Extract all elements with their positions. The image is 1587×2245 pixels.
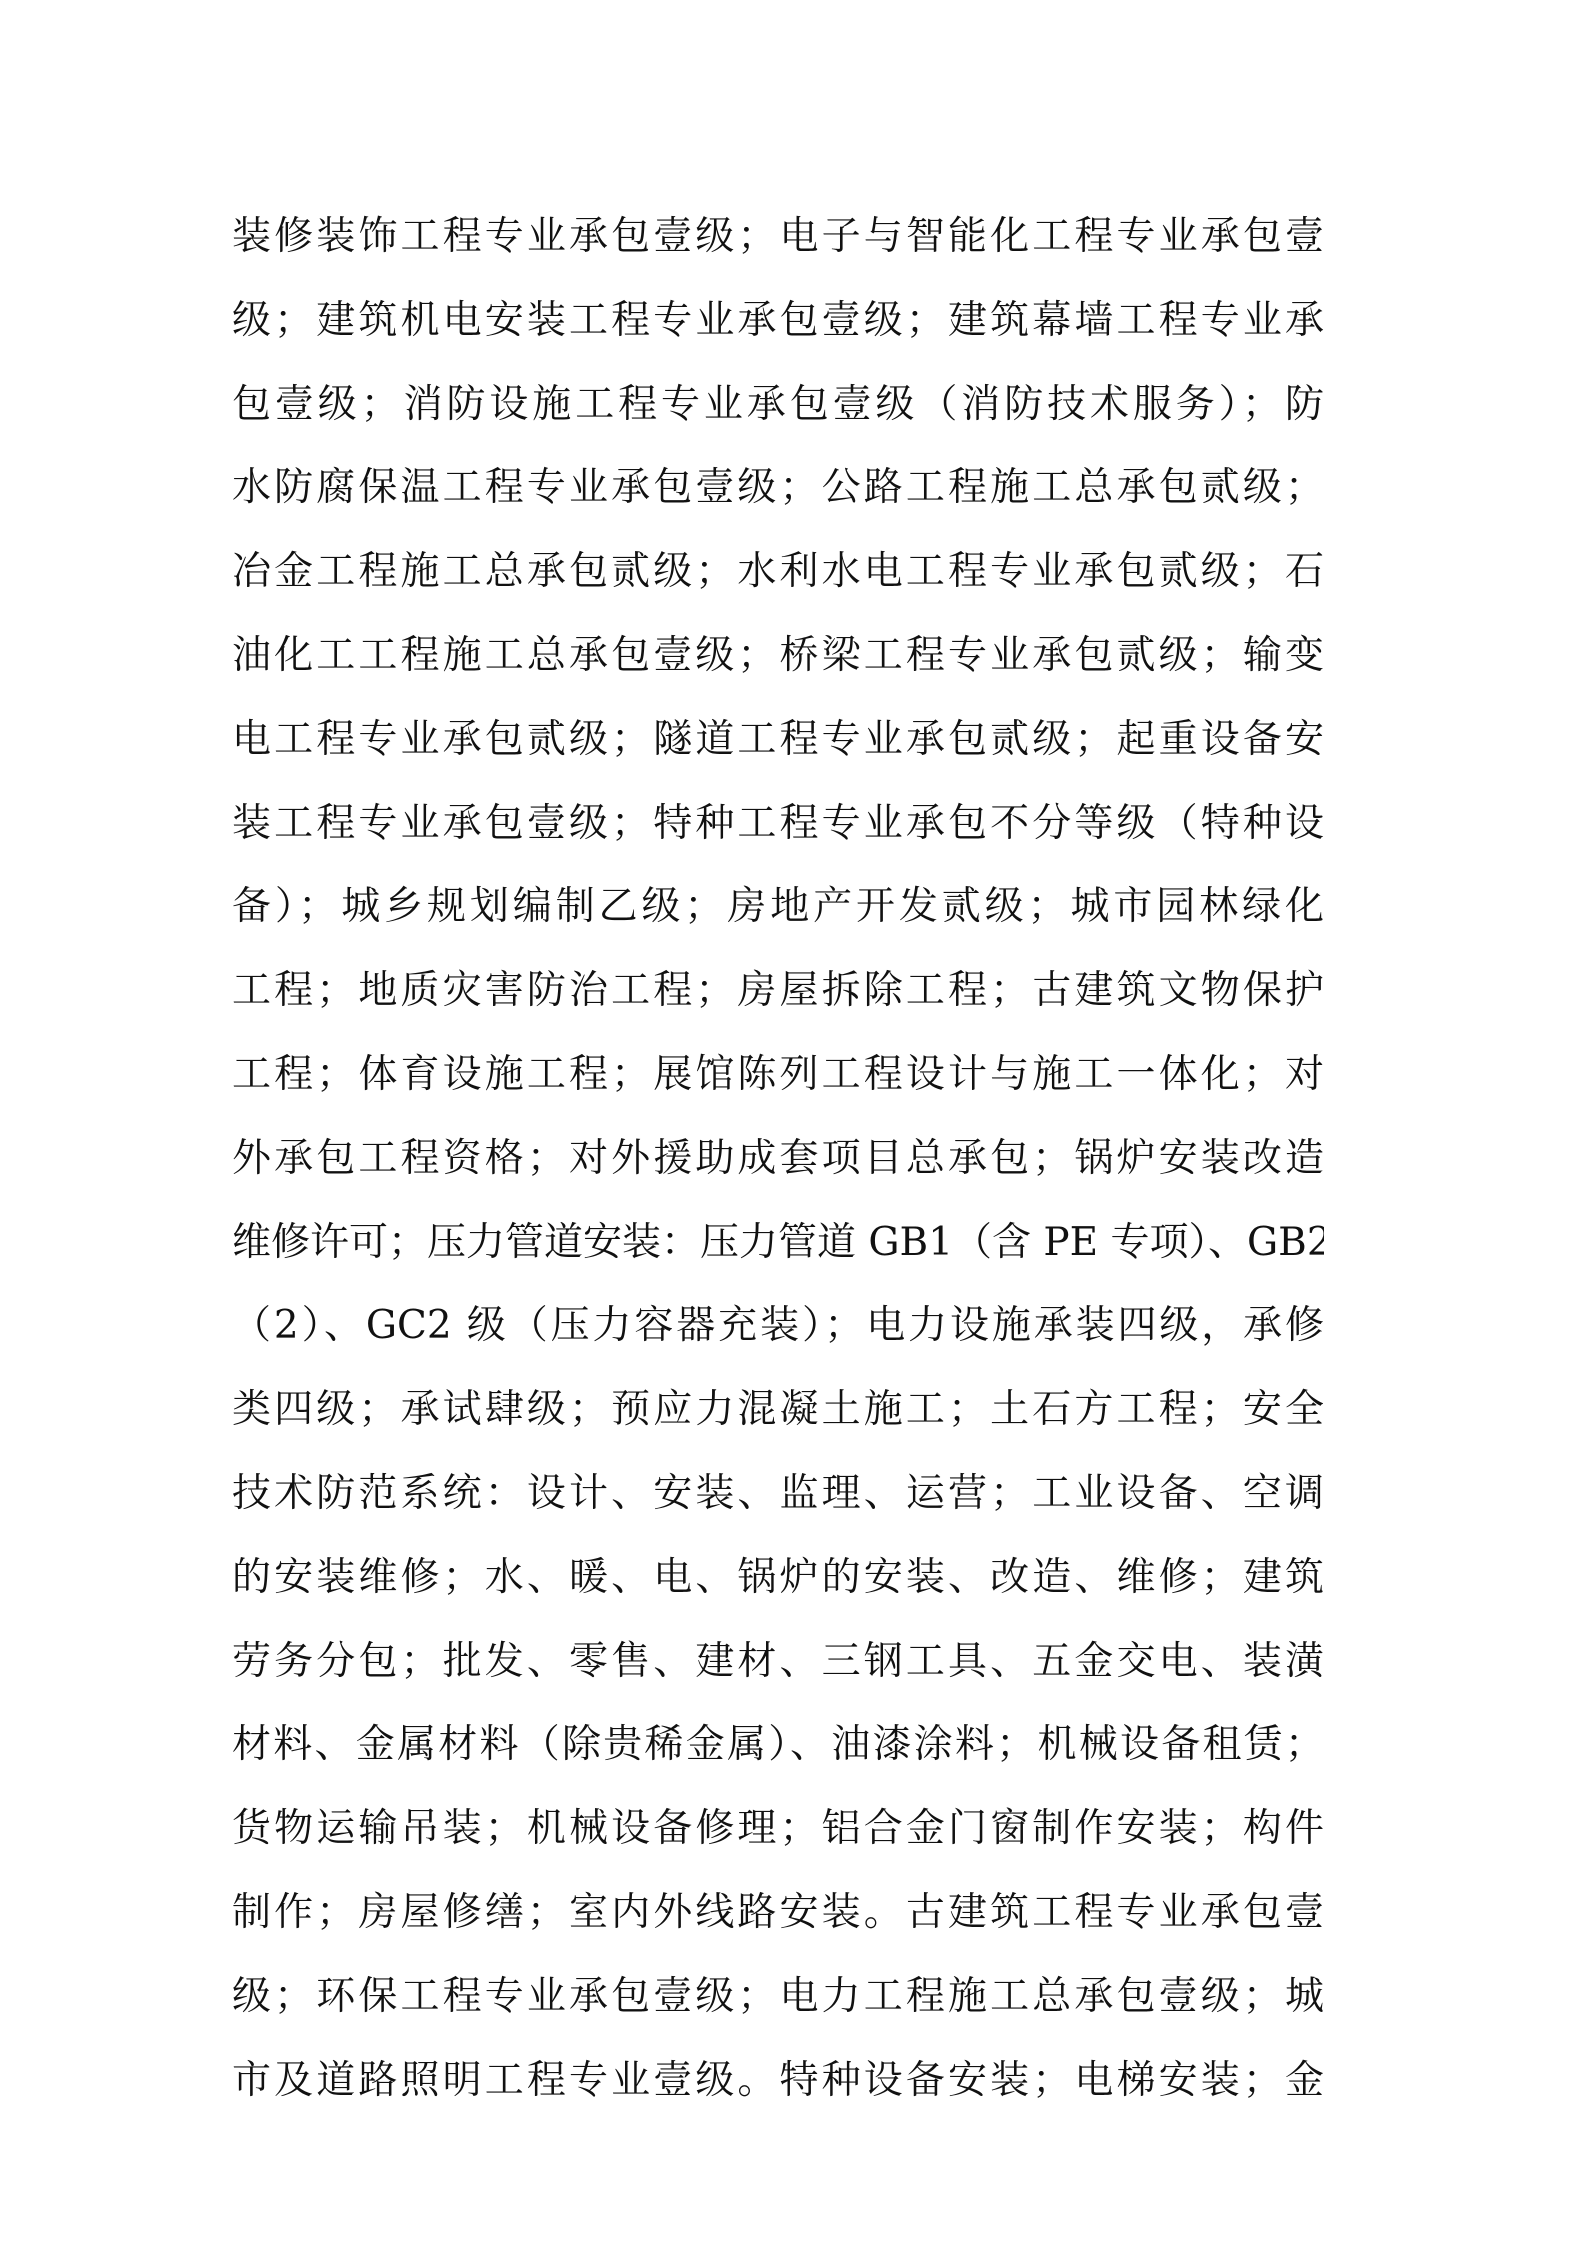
text-line-7: 电工程专业承包贰级；隧道工程专业承包贰级；起重设备安	[232, 698, 1324, 782]
text-line-20: 货物运输吊装；机械设备修理；铝合金门窗制作安装；构件	[232, 1787, 1324, 1871]
text-line-2: 级；建筑机电安装工程专业承包壹级；建筑幕墙工程专业承	[232, 279, 1324, 363]
text-line-9: 备）；城乡规划编制乙级；房地产开发贰级；城市园林绿化	[232, 865, 1324, 949]
text-line-19: 材料、金属材料（除贵稀金属）、油漆涂料；机械设备租赁；	[232, 1703, 1324, 1787]
text-line-15: 类四级；承试肆级；预应力混凝土施工；土石方工程；安全	[232, 1368, 1324, 1452]
text-line-10: 工程；地质灾害防治工程；房屋拆除工程；古建筑文物保护	[232, 949, 1324, 1033]
text-line-5: 冶金工程施工总承包贰级；水利水电工程专业承包贰级；石	[232, 530, 1324, 614]
text-line-12: 外承包工程资格；对外援助成套项目总承包；锅炉安装改造	[232, 1117, 1324, 1201]
text-line-18: 劳务分包；批发、零售、建材、三钢工具、五金交电、装潢	[232, 1620, 1324, 1704]
text-line-1: 装修装饰工程专业承包壹级；电子与智能化工程专业承包壹	[232, 195, 1324, 279]
text-line-17: 的安装维修；水、暖、电、锅炉的安装、改造、维修；建筑	[232, 1536, 1324, 1620]
text-line-3: 包壹级；消防设施工程专业承包壹级（消防技术服务）；防	[232, 363, 1324, 447]
body-paragraph: 装修装饰工程专业承包壹级；电子与智能化工程专业承包壹 级；建筑机电安装工程专业承…	[232, 195, 1324, 2122]
text-line-16: 技术防范系统：设计、安装、监理、运营；工业设备、空调	[232, 1452, 1324, 1536]
text-line-13: 维修许可；压力管道安装：压力管道 GB1（含 PE 专项）、GB2	[232, 1201, 1324, 1285]
text-line-23: 市及道路照明工程专业壹级。特种设备安装；电梯安装；金	[232, 2039, 1324, 2123]
text-line-6: 油化工工程施工总承包壹级；桥梁工程专业承包贰级；输变	[232, 614, 1324, 698]
text-line-21: 制作；房屋修缮；室内外线路安装。古建筑工程专业承包壹	[232, 1871, 1324, 1955]
text-line-14: （2）、GC2 级（压力容器充装）；电力设施承装四级，承修	[232, 1284, 1324, 1368]
text-line-11: 工程；体育设施工程；展馆陈列工程设计与施工一体化；对	[232, 1033, 1324, 1117]
text-line-4: 水防腐保温工程专业承包壹级；公路工程施工总承包贰级；	[232, 446, 1324, 530]
text-line-22: 级；环保工程专业承包壹级；电力工程施工总承包壹级；城	[232, 1955, 1324, 2039]
document-page: 装修装饰工程专业承包壹级；电子与智能化工程专业承包壹 级；建筑机电安装工程专业承…	[0, 0, 1587, 2245]
text-line-8: 装工程专业承包壹级；特种工程专业承包不分等级（特种设	[232, 782, 1324, 866]
